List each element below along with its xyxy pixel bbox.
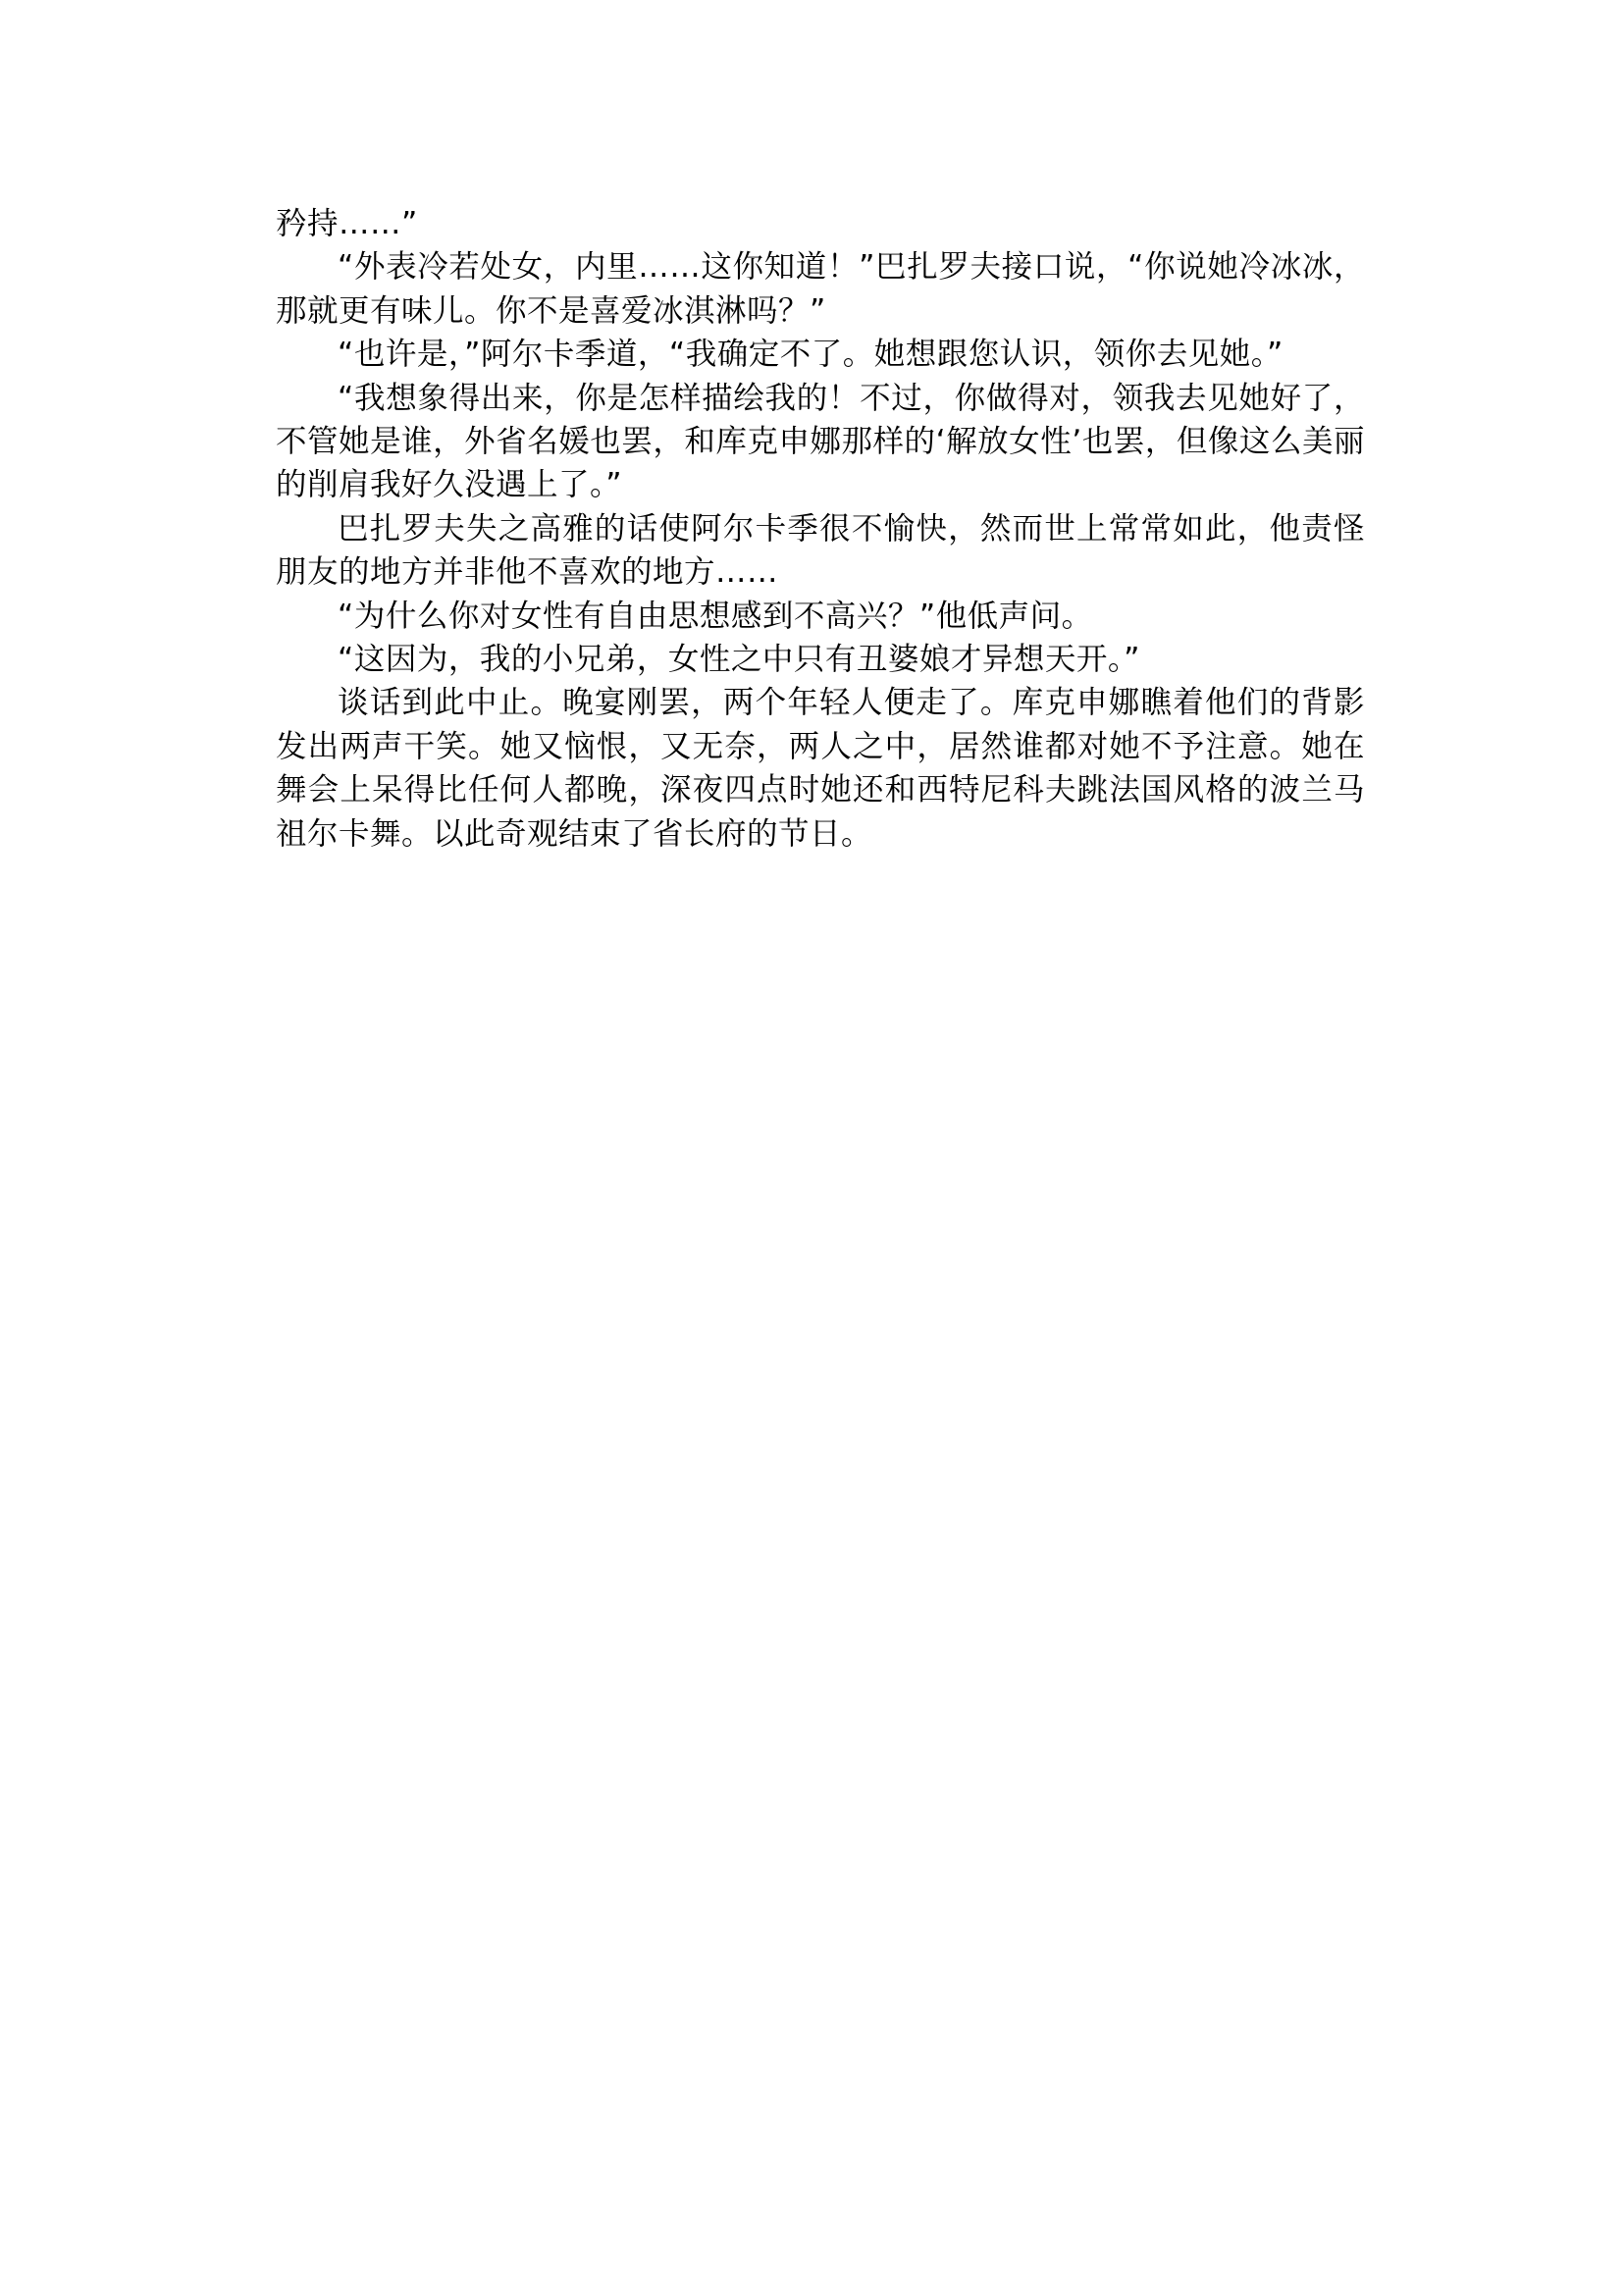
paragraph-3: “也许是，”阿尔卡季道，“我确定不了。她想跟您认识，领你去见她。” (276, 333, 1365, 376)
paragraph-6: “为什么你对女性有自由思想感到不高兴？”他低声问。 (276, 595, 1365, 638)
paragraph-2: “外表冷若处女，内里……这你知道！”巴扎罗夫接口说，“你说她冷冰冰，那就更有味儿… (276, 245, 1365, 333)
paragraph-7: “这因为，我的小兄弟，女性之中只有丑婆娘才异想天开。” (276, 638, 1365, 681)
paragraph-5: 巴扎罗夫失之高雅的话使阿尔卡季很不愉快，然而世上常常如此，他责怪朋友的地方并非他… (276, 507, 1365, 595)
paragraph-1: 矜持……” (276, 202, 1365, 245)
paragraph-8: 谈话到此中止。晚宴刚罢，两个年轻人便走了。库克申娜瞧着他们的背影发出两声干笑。她… (276, 681, 1365, 856)
paragraph-4: “我想象得出来，你是怎样描绘我的！不过，你做得对，领我去见她好了，不管她是谁，外… (276, 377, 1365, 507)
document-page: 矜持……” “外表冷若处女，内里……这你知道！”巴扎罗夫接口说，“你说她冷冰冰，… (276, 202, 1365, 856)
